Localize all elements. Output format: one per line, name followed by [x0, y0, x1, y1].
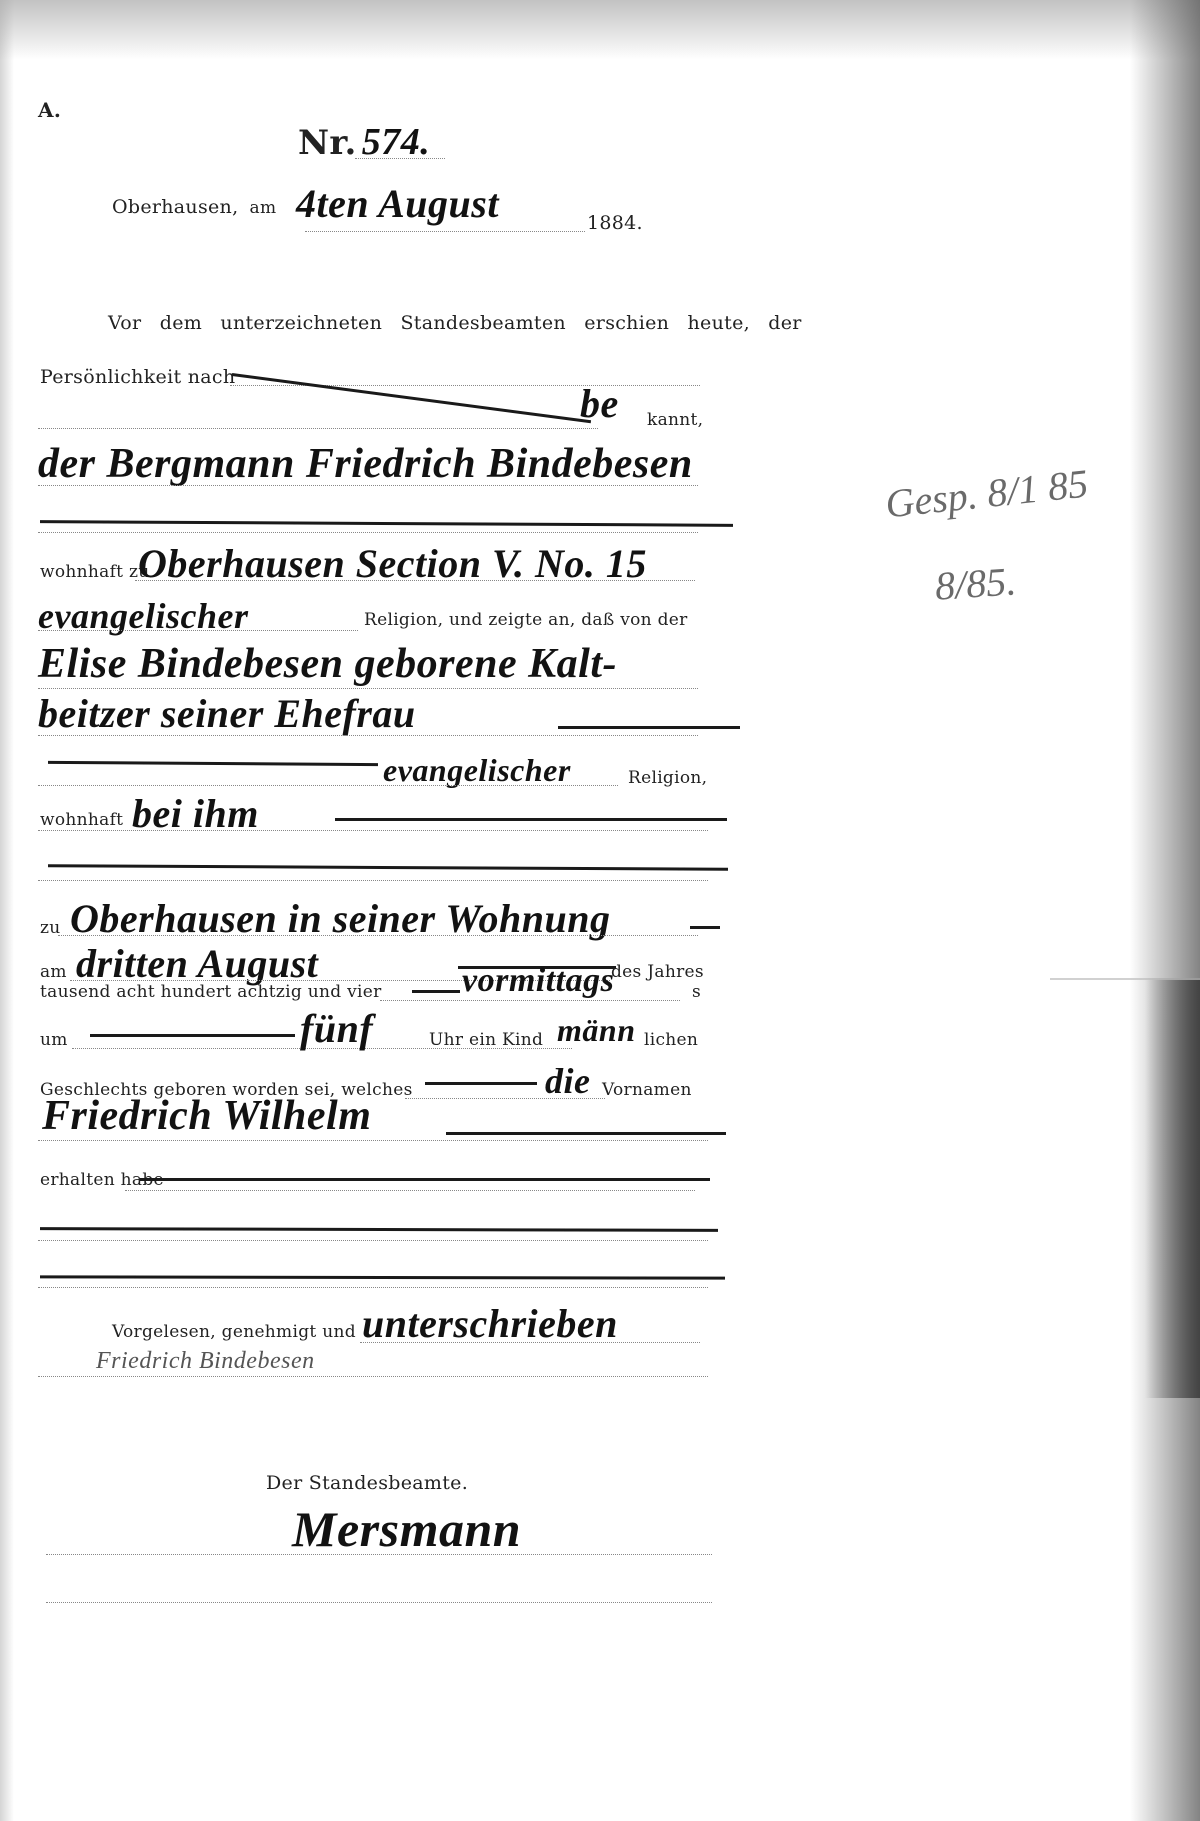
dotted-line: [125, 1190, 695, 1191]
scan-shadow-right: [1130, 0, 1200, 1821]
dotted-line: [38, 785, 618, 786]
dotted-line: [305, 231, 585, 232]
dotted-line: [38, 428, 598, 429]
name-article-handwritten: die: [545, 1060, 590, 1102]
dotted-line: [38, 735, 698, 736]
time-of-day-handwritten: vormittags: [462, 962, 614, 1000]
informant-name: der Bergmann Friedrich Bindebesen: [38, 440, 693, 488]
margin-note-line2: 8/85.: [933, 557, 1017, 610]
scan-shadow-top: [0, 0, 1200, 60]
dotted-line: [46, 1602, 712, 1603]
identity-suffix: kannt,: [647, 410, 703, 430]
mother-name-line2: beitzer seiner Ehefrau: [38, 690, 416, 737]
mother-residence-label: wohnhaft: [40, 810, 123, 830]
year-words: tausend acht hundert achtzig und vier: [40, 982, 382, 1002]
birthdate-label: am: [40, 962, 67, 982]
dotted-line: [38, 1240, 708, 1241]
dotted-line: [360, 1342, 700, 1343]
closing-label: Vorgelesen, genehmigt und: [112, 1322, 356, 1342]
hour-label: um: [40, 1030, 68, 1050]
fill-rule: [140, 1178, 710, 1181]
intro-line: Vor dem unterzeichneten Standesbeamten e…: [108, 312, 802, 334]
registrar-title: Der Standesbeamte.: [266, 1472, 468, 1494]
fill-rule: [412, 990, 460, 993]
dotted-line: [38, 688, 698, 689]
fill-rule: [425, 1082, 537, 1085]
fill-rule: [558, 726, 740, 729]
page-edge-shadow: [1145, 978, 1200, 1398]
hour-handwritten: fünf: [300, 1005, 373, 1052]
given-names-label: Vornamen: [602, 1080, 692, 1100]
dotted-line: [38, 1287, 708, 1288]
identity-label: Persönlichkeit nach: [40, 366, 235, 388]
dotted-line: [58, 935, 698, 936]
scan-shadow-left: [0, 0, 14, 1821]
religion-sentence: Religion, und zeigte an, daß von der: [364, 610, 688, 630]
dotted-line: [38, 1140, 708, 1141]
dotted-line: [135, 580, 695, 581]
given-names-handwritten: Friedrich Wilhelm: [42, 1092, 371, 1140]
dotted-line: [38, 1376, 708, 1377]
registrar-signature: Mersmann: [292, 1500, 521, 1558]
residence-label: wohnhaft zu: [40, 562, 150, 582]
year-printed: 1884.: [587, 212, 643, 234]
fill-rule: [48, 761, 378, 766]
date-prefix: am: [250, 198, 277, 218]
dotted-line: [38, 630, 358, 631]
mother-name-line1: Elise Bindebesen geborene Kalt-: [38, 640, 617, 688]
date-handwritten: 4ten August: [296, 180, 499, 227]
dotted-line: [38, 485, 698, 486]
year-label: des Jahres: [611, 962, 704, 982]
form-letter: A.: [38, 98, 61, 122]
dotted-line: [38, 830, 708, 831]
mother-religion-handwritten: evangelischer: [383, 752, 571, 789]
page-fold-line: [1050, 978, 1200, 980]
fill-rule: [40, 520, 733, 527]
fill-rule: [48, 864, 728, 871]
fill-rule: [90, 1034, 295, 1037]
time-suffix: s: [692, 982, 701, 1002]
strike-line: [232, 373, 591, 423]
dotted-line: [355, 158, 445, 159]
informant-signature: Friedrich Bindebesen: [96, 1348, 315, 1375]
dotted-line: [380, 1000, 680, 1001]
child-label: Uhr ein Kind: [429, 1030, 543, 1050]
sex-handwritten: männ: [557, 1012, 635, 1049]
fill-rule: [40, 1275, 725, 1279]
fill-rule: [446, 1132, 726, 1135]
fill-rule: [690, 926, 720, 929]
margin-note-line1: Gesp. 8/1 85: [883, 460, 1090, 528]
sex-suffix: lichen: [644, 1030, 698, 1050]
record-number-label: Nr.: [298, 123, 357, 163]
dotted-line: [38, 880, 708, 881]
dotted-line: [46, 1554, 712, 1555]
fill-rule: [40, 1227, 718, 1232]
closing-handwritten: unterschrieben: [362, 1300, 618, 1347]
identity-handwritten: be: [580, 380, 619, 427]
record-number-value: 574.: [362, 121, 431, 163]
mother-religion-label: Religion,: [628, 768, 707, 788]
place-label: Oberhausen,: [112, 196, 238, 218]
fill-rule: [335, 818, 727, 821]
dotted-line: [38, 532, 698, 533]
date-line: Oberhausen, am: [112, 196, 276, 218]
